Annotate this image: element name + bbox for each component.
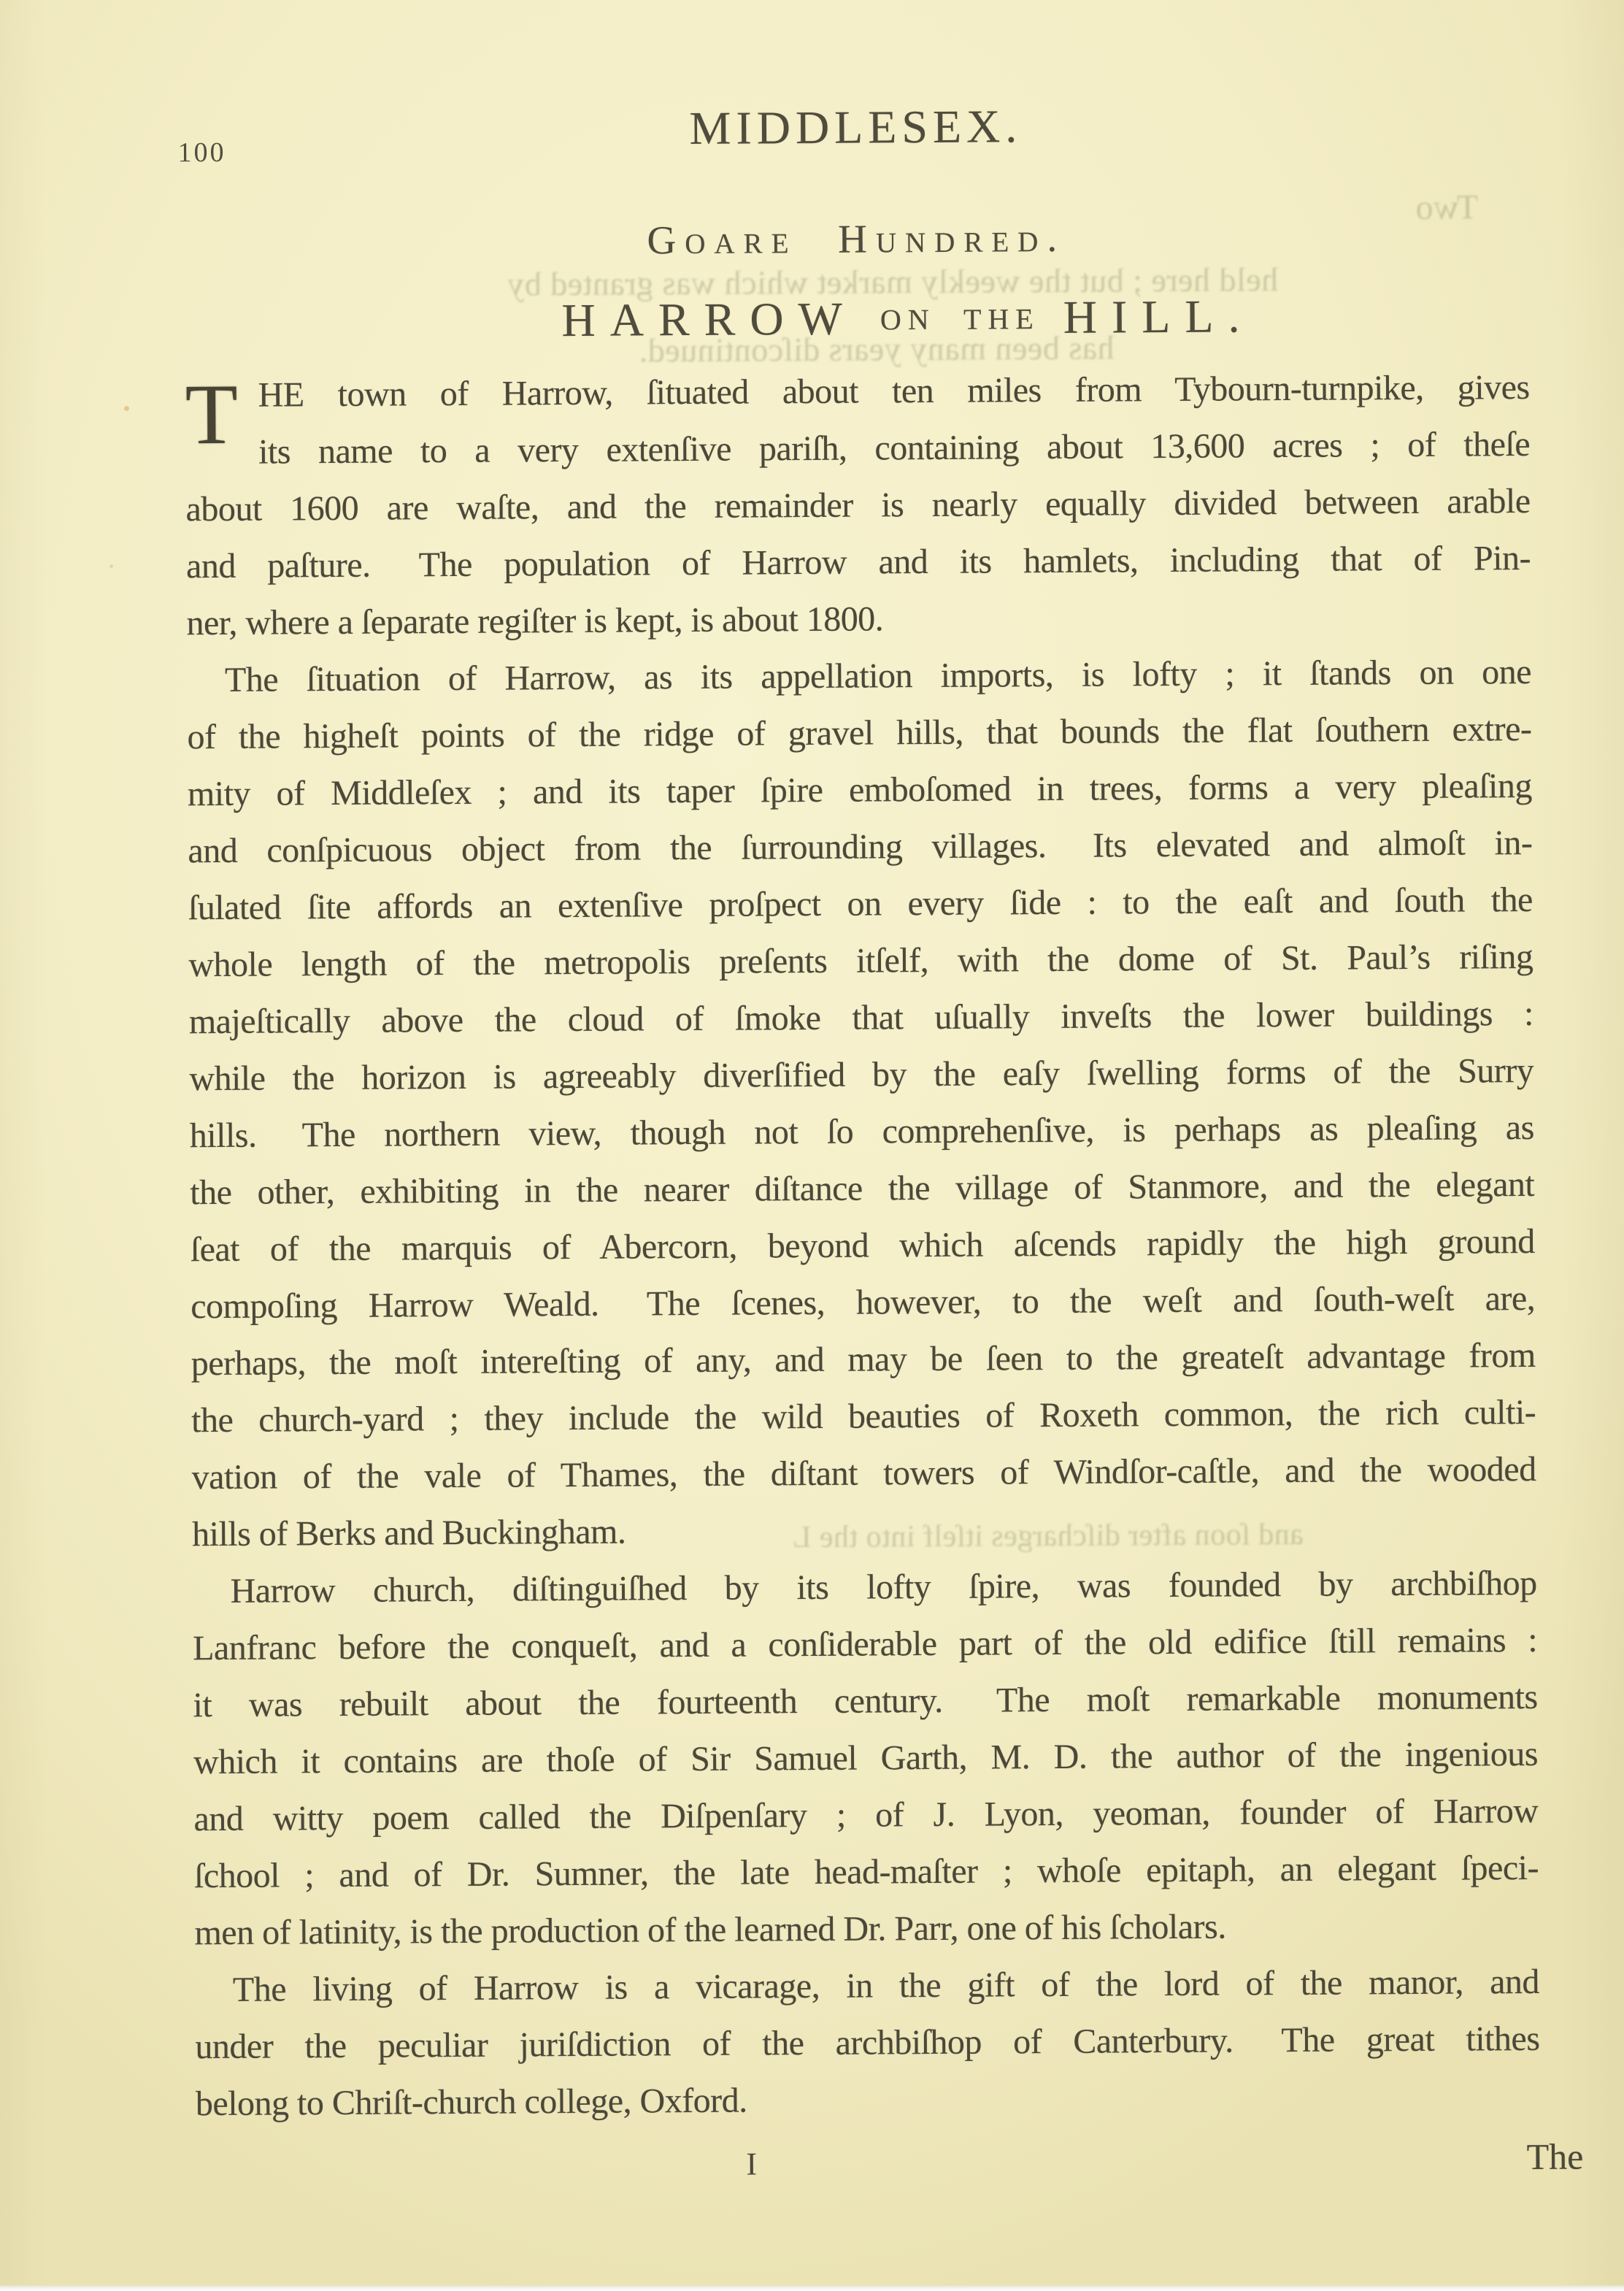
text-line: of the higheſt points of the ridge of gr… <box>187 701 1531 766</box>
paragraph: THE town of Harrow, ſituated about ten m… <box>185 359 1531 652</box>
text-line: The ſituation of Harrow, as its appellat… <box>187 644 1531 709</box>
ghost-text-line: held here ; but the weekly market which … <box>507 260 1279 303</box>
text-line: hills. The northern view, though not ſo … <box>190 1100 1534 1164</box>
text-line: HE town of Harrow, ſituated about ten mi… <box>258 359 1529 424</box>
foxing-spot <box>124 406 129 411</box>
book-page: 100 MIDDLESEX. Goare Hundred. HARROW ON … <box>0 0 1624 2291</box>
signature-mark: I <box>746 2145 757 2182</box>
ghost-text-line: has been many years diſcontinued. <box>639 328 1115 369</box>
foxing-spot <box>109 564 113 568</box>
scan-edge <box>0 2285 1624 2291</box>
text-line: The living of Harrow is a vicarage, in t… <box>195 1954 1539 2019</box>
page-content: 100 MIDDLESEX. Goare Hundred. HARROW ON … <box>0 0 1624 2291</box>
text-line: ſeat of the marquis of Abercorn, beyond … <box>191 1213 1535 1278</box>
foxing-spot <box>1223 1705 1228 1709</box>
text-line: mity of Middleſex ; and its taper ſpire … <box>188 758 1532 823</box>
text-line: under the peculiar juriſdiction of the a… <box>195 2011 1539 2076</box>
text-line: and conſpicuous object from the ſurround… <box>188 815 1532 880</box>
paragraph: The living of Harrow is a vicarage, in t… <box>195 1954 1540 2133</box>
text-line: and paſture. The population of Harrow an… <box>186 530 1531 595</box>
catchword: The <box>1526 2135 1583 2179</box>
text-line: the other, exhibiting in the nearer diſt… <box>190 1156 1534 1221</box>
section-heading: Goare Hundred. <box>184 212 1528 266</box>
text-line: ner, where a ſeparate regiſter is kept, … <box>186 587 1531 652</box>
running-title: MIDDLESEX. <box>183 96 1528 158</box>
drop-cap-letter: T <box>185 367 258 482</box>
text-line: men of latinity, is the production of th… <box>194 1897 1539 1962</box>
text-line: Harrow church, diſtinguiſhed by its loft… <box>192 1555 1536 1620</box>
text-line: belong to Chriſt-church college, Oxford. <box>196 2068 1540 2133</box>
text-line: whole length of the metropolis preſents … <box>188 929 1533 994</box>
text-line: compoſing Harrow Weald. The ſcenes, howe… <box>191 1270 1535 1335</box>
body-text: THE town of Harrow, ſituated about ten m… <box>185 359 1540 2133</box>
paragraph: Harrow church, diſtinguiſhed by its loft… <box>192 1555 1539 1962</box>
text-line: about 1600 are waſte, and the remainder … <box>185 473 1530 538</box>
text-line: ſchool ; and of Dr. Sumner, the late hea… <box>194 1840 1539 1905</box>
paragraph: The ſituation of Harrow, as its appellat… <box>187 644 1537 1563</box>
text-line: ſulated ſite affords an extenſive proſpe… <box>188 872 1533 937</box>
text-line: while the horizon is agreeably diverſifi… <box>189 1043 1533 1108</box>
text-line: and witty poem called the Diſpenſary ; o… <box>193 1783 1538 1848</box>
text-line: which it contains are thoſe of Sir Samue… <box>193 1726 1538 1791</box>
ghost-text-line: Two <box>1415 187 1478 228</box>
text-line: the church-yard ; they include the wild … <box>191 1384 1536 1449</box>
verso-showthrough: held here ; but the weekly market which … <box>0 0 1618 5</box>
text-line: Lanfranc before the conqueſt, and a conſ… <box>193 1612 1537 1677</box>
text-line: vation of the vale of Thames, the diſtan… <box>191 1441 1536 1506</box>
text-line: it was rebuilt about the fourteenth cent… <box>193 1669 1537 1734</box>
text-line: perhaps, the moſt intereſting of any, an… <box>191 1327 1535 1392</box>
text-line: majeſtically above the cloud of ſmoke th… <box>189 986 1533 1051</box>
text-line: its name to a very extenſive pariſh, con… <box>258 416 1530 481</box>
ghost-text-line: and ſoon after diſcharges itſelf into th… <box>792 1517 1304 1555</box>
